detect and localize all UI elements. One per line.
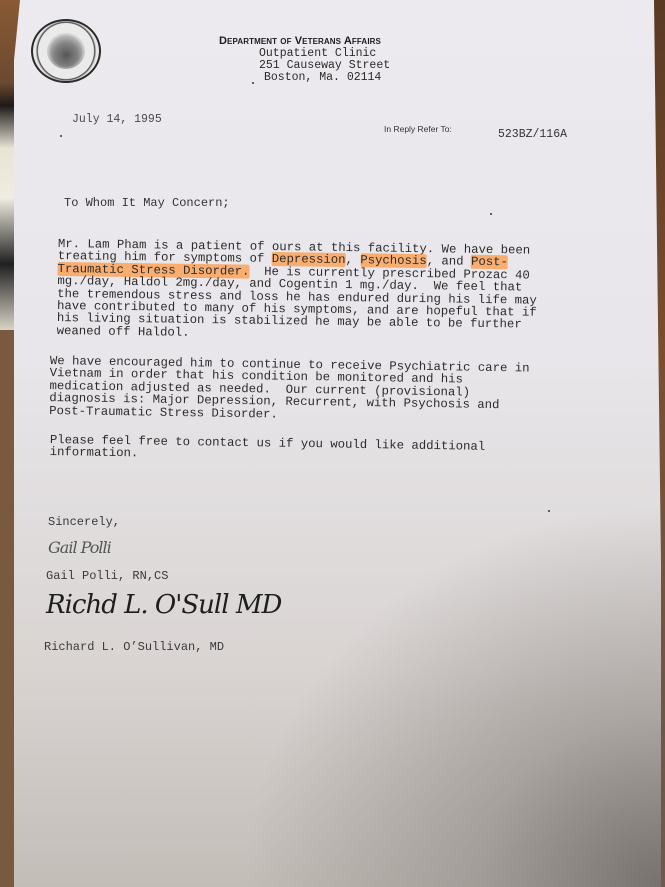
p3-line: information.: [50, 445, 139, 460]
signature-richard-osullivan: Richd L. O'Sull MD: [46, 590, 281, 620]
reply-reference-code: 523BZ/116A: [498, 128, 567, 141]
ink-speck: [490, 213, 492, 215]
body-paragraph-2: We have encouraged him to continue to re…: [49, 355, 530, 425]
ink-speck: [60, 135, 62, 137]
closing: Sincerely,: [48, 515, 120, 529]
va-seal-icon: [31, 19, 101, 83]
department-name: Department of Veterans Affairs: [219, 35, 381, 47]
salutation: To Whom It May Concern;: [64, 196, 230, 210]
reply-label: In Reply Refer To:: [384, 124, 452, 134]
body-paragraph-1: Mr. Lam Pham is a patient of ours at thi…: [57, 238, 538, 344]
ink-speck: [252, 82, 254, 84]
signatory-name-1: Gail Polli, RN,CS: [46, 569, 168, 583]
address-line-city: Boston, Ma. 02114: [264, 71, 381, 84]
signature-gail-polli: Gail Polli: [48, 538, 111, 557]
eagle-icon: [47, 33, 85, 69]
ink-speck: [548, 510, 550, 512]
signatory-name-2: Richard L. O’Sullivan, MD: [44, 640, 224, 654]
p1-line: weaned off Haldol.: [57, 324, 190, 340]
letter-date: July 14, 1995: [72, 113, 162, 126]
